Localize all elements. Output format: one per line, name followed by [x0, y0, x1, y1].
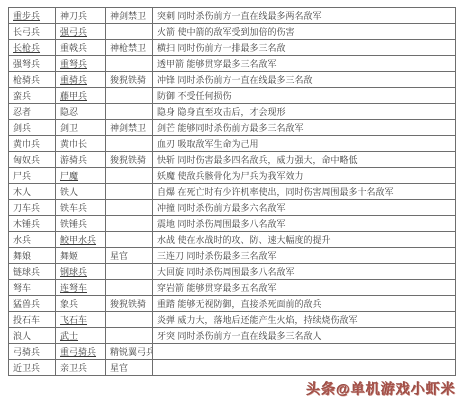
skill-desc-cell	[153, 360, 456, 376]
advanced-unit-cell[interactable]: 武士	[56, 328, 106, 344]
special-unit-cell	[106, 280, 153, 296]
table-row: 舞娘舞姬星官三连刀 同时杀伤最多三名敌军	[9, 248, 456, 264]
table-row: 投石车飞石车炎弹 威力大，落地后还能产生火焰，持续烧伤敌军	[9, 312, 456, 328]
table-row: 水兵鲛甲水兵水战 使在水战时的攻、防、速大幅度的提升	[9, 232, 456, 248]
special-unit-cell	[106, 136, 153, 152]
table-row: 忍者隐忍隐身 隐身直至攻击后，才会现形	[9, 104, 456, 120]
advanced-unit-cell[interactable]: 重弓骑兵	[56, 344, 106, 360]
advanced-unit-cell: 隐忍	[56, 104, 106, 120]
special-unit-cell	[106, 232, 153, 248]
skill-desc-cell: 水战 使在水战时的攻、防、速大幅度的提升	[153, 232, 456, 248]
base-unit-cell: 弩车	[9, 280, 56, 296]
skill-desc-cell: 横扫 同时伤前方一排最多三名敌	[153, 40, 456, 56]
advanced-unit-cell[interactable]: 藤甲兵	[56, 88, 106, 104]
special-unit-cell	[106, 216, 153, 232]
skill-desc-cell: 三连刀 同时杀伤最多三名敌军	[153, 248, 456, 264]
advanced-unit-cell[interactable]: 连弩车	[56, 280, 106, 296]
table-row: 蛮兵藤甲兵防御 不受任何损伤	[9, 88, 456, 104]
advanced-unit-cell: 亲卫兵	[56, 360, 106, 376]
skill-desc-cell: 冲锋 同时杀伤前方一直在线最多三名敌	[153, 72, 456, 88]
skill-desc-cell: 突刺 同时杀伤前方一直在线最多两名敌军	[153, 8, 456, 24]
watermark: 头条@单机游戏小虾米	[306, 379, 456, 399]
table-row: 枪骑兵重骑兵狻猊铁骑冲锋 同时杀伤前方一直在线最多三名敌	[9, 72, 456, 88]
table-row: 猛兽兵象兵狻猊铁骑重踏 能够无视防御，直接杀死面前的敌兵	[9, 296, 456, 312]
special-unit-cell: 星官	[106, 360, 153, 376]
table-row: 尸兵尸魔妖魔 使敌兵骸骨化为尸兵为我军效力	[9, 168, 456, 184]
table-row: 重步兵神刀兵神剑禁卫突刺 同时杀伤前方一直在线最多两名敌军	[9, 8, 456, 24]
skill-desc-cell: 自爆 在死亡时有少许机率使出，同时伤害周围最多十名敌军	[153, 184, 456, 200]
base-unit-cell: 投石车	[9, 312, 56, 328]
table-row: 长枪兵重戟兵神枪禁卫横扫 同时伤前方一排最多三名敌	[9, 40, 456, 56]
unit-table: 重步兵神刀兵神剑禁卫突刺 同时杀伤前方一直在线最多两名敌军长弓兵强弓兵火箭 使中…	[8, 7, 456, 376]
base-unit-cell: 匈奴兵	[9, 152, 56, 168]
table-row: 长弓兵强弓兵火箭 使中箭的敌军受到加倍的伤害	[9, 24, 456, 40]
special-unit-cell: 精锐翼弓兵	[106, 344, 153, 360]
advanced-unit-cell[interactable]: 强弓兵	[56, 24, 106, 40]
special-unit-cell: 神枪禁卫	[106, 40, 153, 56]
advanced-unit-cell: 铁人	[56, 184, 106, 200]
skill-desc-cell: 大回旋 同时杀伤周围最多八名敌军	[153, 264, 456, 280]
base-unit-cell: 枪骑兵	[9, 72, 56, 88]
base-unit-cell: 忍者	[9, 104, 56, 120]
advanced-unit-cell: 剑卫	[56, 120, 106, 136]
table-row: 弓骑兵重弓骑兵精锐翼弓兵	[9, 344, 456, 360]
skill-desc-cell: 透甲箭 能够贯穿最多三名敌军	[153, 56, 456, 72]
skill-desc-cell: 隐身 隐身直至攻击后，才会现形	[153, 104, 456, 120]
skill-desc-cell: 炎弹 威力大，落地后还能产生火焰，持续烧伤敌军	[153, 312, 456, 328]
special-unit-cell	[106, 328, 153, 344]
advanced-unit-cell: 游骑兵	[56, 152, 106, 168]
table-row: 浪人武士牙突 同时杀伤前方一直在线最多三名敌人	[9, 328, 456, 344]
skill-desc-cell	[153, 344, 456, 360]
advanced-unit-cell: 象兵	[56, 296, 106, 312]
base-unit-cell: 强弩兵	[9, 56, 56, 72]
special-unit-cell: 神剑禁卫	[106, 8, 153, 24]
table-row: 木锤兵铁锤兵震地 同时杀伤周围最多八名敌军	[9, 216, 456, 232]
special-unit-cell	[106, 168, 153, 184]
base-unit-cell[interactable]: 长枪兵	[9, 40, 56, 56]
skill-desc-cell: 震地 同时杀伤周围最多八名敌军	[153, 216, 456, 232]
base-unit-cell: 木人	[9, 184, 56, 200]
advanced-unit-cell: 舞姬	[56, 248, 106, 264]
advanced-unit-cell: 铁锤兵	[56, 216, 106, 232]
table-row: 黄巾兵黄巾长血刃 吸取敌军生命为己用	[9, 136, 456, 152]
special-unit-cell	[106, 312, 153, 328]
advanced-unit-cell: 黄巾长	[56, 136, 106, 152]
skill-desc-cell: 妖魔 使敌兵骸骨化为尸兵为我军效力	[153, 168, 456, 184]
skill-desc-cell: 冲撞 同时杀伤前方最多六名敌军	[153, 200, 456, 216]
base-unit-cell: 黄巾兵	[9, 136, 56, 152]
special-unit-cell: 神剑禁卫	[106, 120, 153, 136]
special-unit-cell: 狻猊铁骑	[106, 72, 153, 88]
skill-desc-cell: 剑芒 能够同时杀伤前方最多三名敌军	[153, 120, 456, 136]
table-row: 强弩兵重弩兵透甲箭 能够贯穿最多三名敌军	[9, 56, 456, 72]
skill-desc-cell: 穿岩箭 能够贯穿最多五名敌军	[153, 280, 456, 296]
table-row: 木人铁人自爆 在死亡时有少许机率使出，同时伤害周围最多十名敌军	[9, 184, 456, 200]
special-unit-cell: 星官	[106, 248, 153, 264]
unit-table-body: 重步兵神刀兵神剑禁卫突刺 同时杀伤前方一直在线最多两名敌军长弓兵强弓兵火箭 使中…	[9, 8, 456, 376]
base-unit-cell: 蛮兵	[9, 88, 56, 104]
advanced-unit-cell: 铁车兵	[56, 200, 106, 216]
table-row: 匈奴兵游骑兵狻猊铁骑快斩 同时伤害最多四名敌兵，威力强大，命中略低	[9, 152, 456, 168]
advanced-unit-cell[interactable]: 飞石车	[56, 312, 106, 328]
special-unit-cell	[106, 104, 153, 120]
base-unit-cell: 链球兵	[9, 264, 56, 280]
table-row: 刀车兵铁车兵冲撞 同时杀伤前方最多六名敌军	[9, 200, 456, 216]
base-unit-cell: 剑兵	[9, 120, 56, 136]
base-unit-cell: 猛兽兵	[9, 296, 56, 312]
advanced-unit-cell[interactable]: 尸魔	[56, 168, 106, 184]
skill-desc-cell: 重踏 能够无视防御，直接杀死面前的敌兵	[153, 296, 456, 312]
table-row: 近卫兵亲卫兵星官	[9, 360, 456, 376]
base-unit-cell: 弓骑兵	[9, 344, 56, 360]
skill-desc-cell: 防御 不受任何损伤	[153, 88, 456, 104]
table-row: 弩车连弩车穿岩箭 能够贯穿最多五名敌军	[9, 280, 456, 296]
skill-desc-cell: 快斩 同时伤害最多四名敌兵，威力强大，命中略低	[153, 152, 456, 168]
table-row: 剑兵剑卫神剑禁卫剑芒 能够同时杀伤前方最多三名敌军	[9, 120, 456, 136]
base-unit-cell: 长弓兵	[9, 24, 56, 40]
base-unit-cell: 舞娘	[9, 248, 56, 264]
base-unit-cell: 浪人	[9, 328, 56, 344]
base-unit-cell: 木锤兵	[9, 216, 56, 232]
special-unit-cell	[106, 200, 153, 216]
special-unit-cell	[106, 264, 153, 280]
base-unit-cell: 近卫兵	[9, 360, 56, 376]
special-unit-cell: 狻猊铁骑	[106, 296, 153, 312]
table-row: 链球兵钢球兵大回旋 同时杀伤周围最多八名敌军	[9, 264, 456, 280]
advanced-unit-cell: 重戟兵	[56, 40, 106, 56]
base-unit-cell: 刀车兵	[9, 200, 56, 216]
special-unit-cell	[106, 56, 153, 72]
base-unit-cell[interactable]: 重步兵	[9, 8, 56, 24]
skill-desc-cell: 血刃 吸取敌军生命为己用	[153, 136, 456, 152]
special-unit-cell	[106, 184, 153, 200]
base-unit-cell: 水兵	[9, 232, 56, 248]
special-unit-cell	[106, 88, 153, 104]
skill-desc-cell: 牙突 同时杀伤前方一直在线最多三名敌人	[153, 328, 456, 344]
advanced-unit-cell[interactable]: 钢球兵	[56, 264, 106, 280]
advanced-unit-cell[interactable]: 重骑兵	[56, 72, 106, 88]
advanced-unit-cell: 神刀兵	[56, 8, 106, 24]
special-unit-cell	[106, 24, 153, 40]
base-unit-cell: 尸兵	[9, 168, 56, 184]
advanced-unit-cell[interactable]: 重弩兵	[56, 56, 106, 72]
special-unit-cell: 狻猊铁骑	[106, 152, 153, 168]
skill-desc-cell: 火箭 使中箭的敌军受到加倍的伤害	[153, 24, 456, 40]
advanced-unit-cell[interactable]: 鲛甲水兵	[56, 232, 106, 248]
